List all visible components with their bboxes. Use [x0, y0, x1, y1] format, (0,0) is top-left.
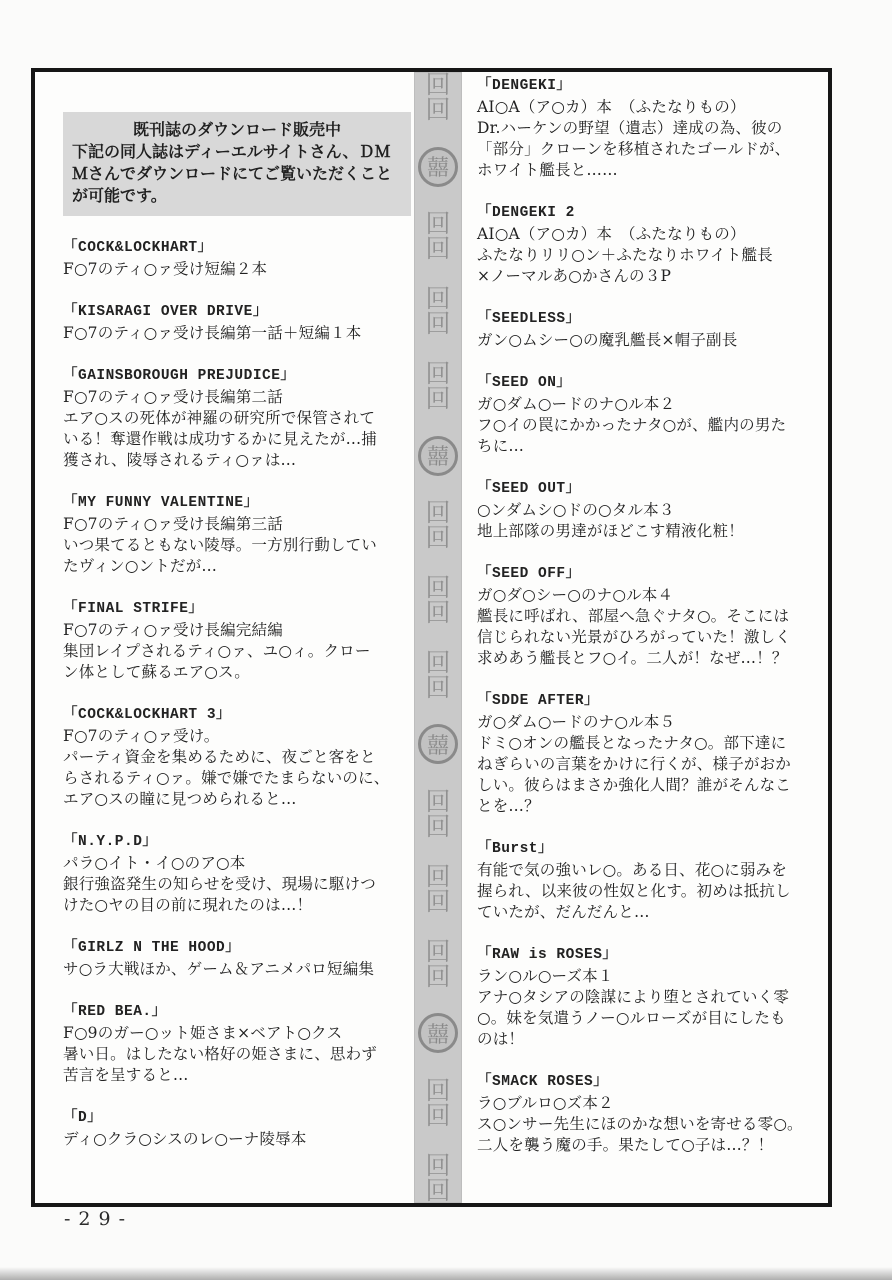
entry-line: いる！奪還作戦は成功するかに見えたが…捕: [63, 429, 411, 450]
entry-title: 「FINAL STRIFE」: [63, 599, 411, 620]
entry-line: 苦言を呈すると…: [63, 1065, 411, 1086]
entry-line: エア○スの瞳に見つめられると…: [63, 789, 411, 810]
catalog-entry: 「COCK&LOCKHART」F○7のティ○ァ受け短編２本: [63, 238, 411, 280]
entry-title: 「GIRLZ N THE HOOD」: [63, 938, 411, 959]
catalog-entry: 「D」ディ○クラ○シスのレ○ーナ陵辱本: [63, 1108, 411, 1150]
entry-title: 「D」: [63, 1108, 411, 1129]
medallion-ornament-icon: 囍: [418, 1013, 458, 1053]
fret-ornament-icon: 回 回: [425, 789, 450, 839]
entry-line: のは！: [477, 1029, 829, 1050]
entry-line: ガ○ダ○シー○のナ○ル本４: [477, 585, 829, 606]
entry-line: Dr.ハーケンの野望（遺志）達成の為、彼の: [477, 118, 829, 139]
entry-line: 信じられない光景がひろがっていた！激しく: [477, 627, 829, 648]
entry-line: ○ンダムシ○ドの○タル本３: [477, 500, 829, 521]
entry-line: ス○ンサー先生にほのかな想いを寄せる零○。: [477, 1114, 829, 1135]
catalog-entry: 「FINAL STRIFE」F○7のティ○ァ受け長編完結編集団レイプされるティ○…: [63, 599, 411, 683]
entry-line: F○7のティ○ァ受け長編第二話: [63, 387, 411, 408]
entry-line: ン体として蘇るエア○ス。: [63, 662, 411, 683]
entry-line: 獲され、陵辱されるティ○ァは…: [63, 450, 411, 471]
entry-line: とを…？: [477, 796, 829, 817]
entry-title: 「SEED OUT」: [477, 479, 829, 500]
catalog-entry: 「COCK&LOCKHART 3」F○7のティ○ァ受け。パーティ資金を集めるため…: [63, 705, 411, 810]
entry-title: 「SEEDLESS」: [477, 309, 829, 330]
entry-line: しい。彼らはまさか強化人間？誰がそんなこ: [477, 775, 829, 796]
entry-line: ラン○ル○ーズ本１: [477, 966, 829, 987]
catalog-entry: 「SEEDLESS」ガン○ムシー○の魔乳艦長×帽子副長: [477, 309, 829, 351]
notice-title: 既刊誌のダウンロード販売中: [72, 119, 402, 141]
catalog-entry: 「SEED OUT」○ンダムシ○ドの○タル本３地上部隊の男達がほどこす精液化粧！: [477, 479, 829, 542]
entry-line: サ○ラ大戦ほか、ゲーム＆アニメパロ短編集: [63, 959, 411, 980]
entry-title: 「RAW is ROSES」: [477, 945, 829, 966]
entry-title: 「KISARAGI OVER DRIVE」: [63, 302, 411, 323]
entry-line: AI○A（ア○カ）本 （ふたなりもの）: [477, 224, 829, 245]
entry-line: F○7のティ○ァ受け。: [63, 726, 411, 747]
right-column: 「DENGEKI」AI○A（ア○カ）本 （ふたなりもの）Dr.ハーケンの野望（遺…: [477, 76, 829, 1156]
catalog-entry: 「RAW is ROSES」ラン○ル○ーズ本１アナ○タシアの陰謀により堕とされて…: [477, 945, 829, 1050]
fret-ornament-icon: 回 回: [425, 500, 450, 550]
entry-line: アナ○タシアの陰謀により堕とされていく零: [477, 987, 829, 1008]
catalog-entry: 「DENGEKI」AI○A（ア○カ）本 （ふたなりもの）Dr.ハーケンの野望（遺…: [477, 76, 829, 181]
scanned-page: { "page_number": "-29-", "notice": { "ti…: [0, 0, 892, 1280]
catalog-entry: 「GAINSBOROUGH PREJUDICE」F○7のティ○ァ受け長編第二話エ…: [63, 366, 411, 471]
fret-ornament-icon: 回 回: [425, 575, 450, 625]
entry-line: パラ○イト・イ○のア○本: [63, 853, 411, 874]
entry-title: 「COCK&LOCKHART 3」: [63, 705, 411, 726]
entry-line: 暑い日。はしたない格好の姫さまに、思わず: [63, 1044, 411, 1065]
entry-line: けた○ヤの目の前に現れたのは…！: [63, 895, 411, 916]
entry-line: ○。妹を気遣うノー○ルローズが目にしたも: [477, 1008, 829, 1029]
catalog-entry: 「SEED ON」ガ○ダム○ードのナ○ル本２フ○イの罠にかかったナタ○が、艦内の…: [477, 373, 829, 457]
entry-title: 「N.Y.P.D」: [63, 832, 411, 853]
entry-title: 「Burst」: [477, 839, 829, 860]
fret-ornament-icon: 回 回: [425, 211, 450, 261]
entry-title: 「DENGEKI 2: [477, 203, 829, 224]
catalog-entry: 「SDDE AFTER」ガ○ダム○ードのナ○ル本５ドミ○オンの艦長となったナタ○…: [477, 691, 829, 817]
page-number: -29-: [64, 1208, 133, 1230]
entry-line: F○9のガー○ット姫さま×ベアト○クス: [63, 1023, 411, 1044]
entry-line: AI○A（ア○カ）本 （ふたなりもの）: [477, 97, 829, 118]
entry-line: ガ○ダム○ードのナ○ル本２: [477, 394, 829, 415]
entry-title: 「SEED ON」: [477, 373, 829, 394]
entry-line: 地上部隊の男達がほどこす精液化粧！: [477, 521, 829, 542]
medallion-ornament-icon: 囍: [418, 724, 458, 764]
entry-line: ねぎらいの言葉をかけに行くが、様子がおか: [477, 754, 829, 775]
ornamental-border: 回 回囍回 回回 回回 回囍回 回回 回回 回囍回 回回 回回 回囍回 回回 回: [414, 72, 462, 1203]
entry-line: 銀行強盗発生の知らせを受け、現場に駆けつ: [63, 874, 411, 895]
catalog-entry: 「KISARAGI OVER DRIVE」F○7のティ○ァ受け長編第一話＋短編１…: [63, 302, 411, 344]
entry-line: 求めあう艦長とフ○イ。二人が！なぜ…！？: [477, 648, 829, 669]
catalog-entry: 「GIRLZ N THE HOOD」サ○ラ大戦ほか、ゲーム＆アニメパロ短編集: [63, 938, 411, 980]
entry-line: ディ○クラ○シスのレ○ーナ陵辱本: [63, 1129, 411, 1150]
entry-line: ていたが、だんだんと…: [477, 902, 829, 923]
entry-line: 集団レイプされるティ○ァ、ユ○ィ。クロー: [63, 641, 411, 662]
entry-line: いつ果てるともない陵辱。一方別行動してい: [63, 535, 411, 556]
catalog-entry: 「RED BEA.」F○9のガー○ット姫さま×ベアト○クス暑い日。はしたない格好…: [63, 1002, 411, 1086]
download-notice: 既刊誌のダウンロード販売中 下記の同人誌はディーエルサイトさん、ＤＭＭさんでダウ…: [63, 112, 411, 216]
medallion-ornament-icon: 囍: [418, 147, 458, 187]
catalog-entry: 「Burst」有能で気の強いレ○。ある日、花○に弱みを握られ、以来彼の性奴と化す…: [477, 839, 829, 923]
entry-line: 握られ、以来彼の性奴と化す。初めは抵抗し: [477, 881, 829, 902]
fret-ornament-icon: 回 回: [425, 1153, 450, 1203]
fret-ornament-icon: 回 回: [425, 72, 450, 122]
entry-line: エア○スの死体が神羅の研究所で保管されて: [63, 408, 411, 429]
entry-line: ふたなりリリ○ン＋ふたなりホワイト艦長: [477, 245, 829, 266]
notice-body: 下記の同人誌はディーエルサイトさん、ＤＭＭさんでダウンロードにてご覧いただくこと…: [72, 141, 402, 207]
entry-line: ホワイト艦長と……: [477, 160, 829, 181]
entry-line: パーティ資金を集めるために、夜ごと客をと: [63, 747, 411, 768]
entry-line: らされるティ○ァ。嫌で嫌でたまらないのに、: [63, 768, 411, 789]
entry-line: 「部分」クローンを移植されたゴールドが、: [477, 139, 829, 160]
medallion-ornament-icon: 囍: [418, 436, 458, 476]
entry-line: ちに…: [477, 436, 829, 457]
left-column: 既刊誌のダウンロード販売中 下記の同人誌はディーエルサイトさん、ＤＭＭさんでダウ…: [63, 112, 411, 1150]
catalog-entry: 「N.Y.P.D」パラ○イト・イ○のア○本銀行強盗発生の知らせを受け、現場に駆け…: [63, 832, 411, 916]
catalog-entry: 「SEED OFF」ガ○ダ○シー○のナ○ル本４艦長に呼ばれ、部屋へ急ぐナタ○。そ…: [477, 564, 829, 669]
entry-line: F○7のティ○ァ受け短編２本: [63, 259, 411, 280]
entry-title: 「DENGEKI」: [477, 76, 829, 97]
scan-edge-shadow: [0, 1267, 892, 1280]
entry-line: F○7のティ○ァ受け長編完結編: [63, 620, 411, 641]
entry-title: 「COCK&LOCKHART」: [63, 238, 411, 259]
entry-line: 有能で気の強いレ○。ある日、花○に弱みを: [477, 860, 829, 881]
entry-line: たヴィン○ントだが…: [63, 556, 411, 577]
entry-title: 「RED BEA.」: [63, 1002, 411, 1023]
entry-line: ガン○ムシー○の魔乳艦長×帽子副長: [477, 330, 829, 351]
entry-title: 「MY FUNNY VALENTINE」: [63, 493, 411, 514]
entry-line: ラ○ブルロ○ズ本２: [477, 1093, 829, 1114]
entry-title: 「SDDE AFTER」: [477, 691, 829, 712]
entry-line: ×ノーマルあ○かさんの３P: [477, 266, 829, 287]
catalog-entry: 「MY FUNNY VALENTINE」F○7のティ○ァ受け長編第三話いつ果てる…: [63, 493, 411, 577]
fret-ornament-icon: 回 回: [425, 361, 450, 411]
catalog-entry: 「SMACK ROSES」ラ○ブルロ○ズ本２ス○ンサー先生にほのかな想いを寄せる…: [477, 1072, 829, 1156]
catalog-entry: 「DENGEKI 2AI○A（ア○カ）本 （ふたなりもの）ふたなりリリ○ン＋ふた…: [477, 203, 829, 287]
entry-line: F○7のティ○ァ受け長編第三話: [63, 514, 411, 535]
entry-title: 「SMACK ROSES」: [477, 1072, 829, 1093]
entry-line: F○7のティ○ァ受け長編第一話＋短編１本: [63, 323, 411, 344]
fret-ornament-icon: 回 回: [425, 939, 450, 989]
fret-ornament-icon: 回 回: [425, 864, 450, 914]
fret-ornament-icon: 回 回: [425, 286, 450, 336]
entry-line: 艦長に呼ばれ、部屋へ急ぐナタ○。そこには: [477, 606, 829, 627]
entry-line: ドミ○オンの艦長となったナタ○。部下達に: [477, 733, 829, 754]
entry-title: 「GAINSBOROUGH PREJUDICE」: [63, 366, 411, 387]
fret-ornament-icon: 回 回: [425, 650, 450, 700]
entry-line: 二人を襲う魔の手。果たして○子は…？！: [477, 1135, 829, 1156]
entry-line: ガ○ダム○ードのナ○ル本５: [477, 712, 829, 733]
entry-line: フ○イの罠にかかったナタ○が、艦内の男た: [477, 415, 829, 436]
entry-title: 「SEED OFF」: [477, 564, 829, 585]
fret-ornament-icon: 回 回: [425, 1078, 450, 1128]
